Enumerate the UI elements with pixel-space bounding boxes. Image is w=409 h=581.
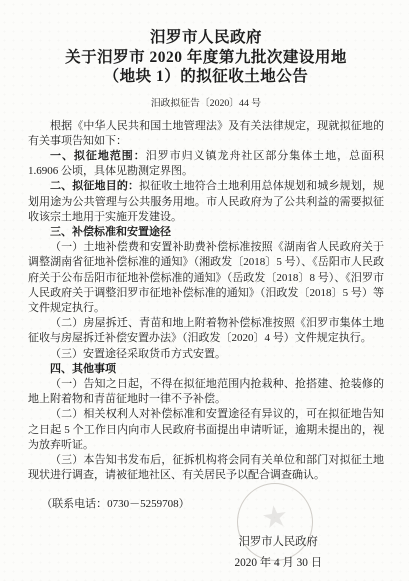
- contact-phone-line: （联系电话：0730－5259708）: [28, 497, 384, 512]
- section-4-heading: 四、其他事项: [28, 362, 384, 377]
- section-3-heading: 三、补偿标准和安置途径: [28, 225, 384, 240]
- intro-paragraph: 根据《中华人民共和国土地管理法》及有关法律规定，现就拟征地的有关事项告知如下：: [28, 119, 384, 149]
- document-content: 汨罗市人民政府 关于汨罗市 2020 年度第九批次建设用地 （地块 1）的拟征收…: [28, 28, 384, 574]
- title-line-2: 关于汨罗市 2020 年度第九批次建设用地: [28, 48, 384, 68]
- section-4-item-2: （二）相关权利人对补偿标准和安置途径有异议的，可在拟征地告知之日起 5 个工作日…: [28, 407, 384, 453]
- section-3-item-2: （二）房屋拆迁、青苗和地上附着物补偿标准按照《汨罗市集体土地征收与房屋拆迁补偿安…: [28, 316, 384, 346]
- document-page: ★ 汨罗市人民政府 关于汨罗市 2020 年度第九批次建设用地 （地块 1）的拟…: [0, 0, 409, 581]
- signature-issuer: 汨罗市人民政府: [234, 532, 322, 553]
- title-line-3: （地块 1）的拟征收土地公告: [28, 67, 384, 87]
- signature-block: 汨罗市人民政府 2020 年 4 月 30 日: [28, 532, 384, 574]
- section-1-heading: 一、拟征地范围：: [50, 150, 146, 162]
- signature-inner: 汨罗市人民政府 2020 年 4 月 30 日: [234, 532, 322, 574]
- section-3-item-3: （三）安置途径采取货币方式安置。: [28, 347, 384, 362]
- section-4-item-1: （一）告知之日起，不得在拟征地范围内抢栽种、抢搭建、抢装修的地上附着物和青苗征地…: [28, 377, 384, 407]
- section-4-item-3: （三）本告知书发布后，征拆机构将会同有关单位和部门对拟征土地现状进行调查，请被征…: [28, 453, 384, 483]
- section-2-paragraph: 二、拟征地目的：拟征收土地符合土地利用总体规划和城乡规划，规划用途为公共管理与公…: [28, 179, 384, 225]
- section-2-heading: 二、拟征地目的：: [50, 180, 139, 192]
- document-body: 根据《中华人民共和国土地管理法》及有关法律规定，现就拟征地的有关事项告知如下： …: [28, 119, 384, 513]
- document-title: 汨罗市人民政府 关于汨罗市 2020 年度第九批次建设用地 （地块 1）的拟征收…: [28, 28, 384, 87]
- title-line-1: 汨罗市人民政府: [28, 28, 384, 48]
- section-1-paragraph: 一、拟征地范围：汨罗市归义镇龙舟社区部分集体土地，总面积 1.6906 公顷，具…: [28, 149, 384, 179]
- signature-date: 2020 年 4 月 30 日: [234, 553, 322, 574]
- section-3-item-1: （一）土地补偿费和安置补助费补偿标准按照《湖南省人民政府关于调整湖南省征地补偿标…: [28, 240, 384, 316]
- document-number: 汨政拟征告〔2020〕44 号: [28, 95, 384, 109]
